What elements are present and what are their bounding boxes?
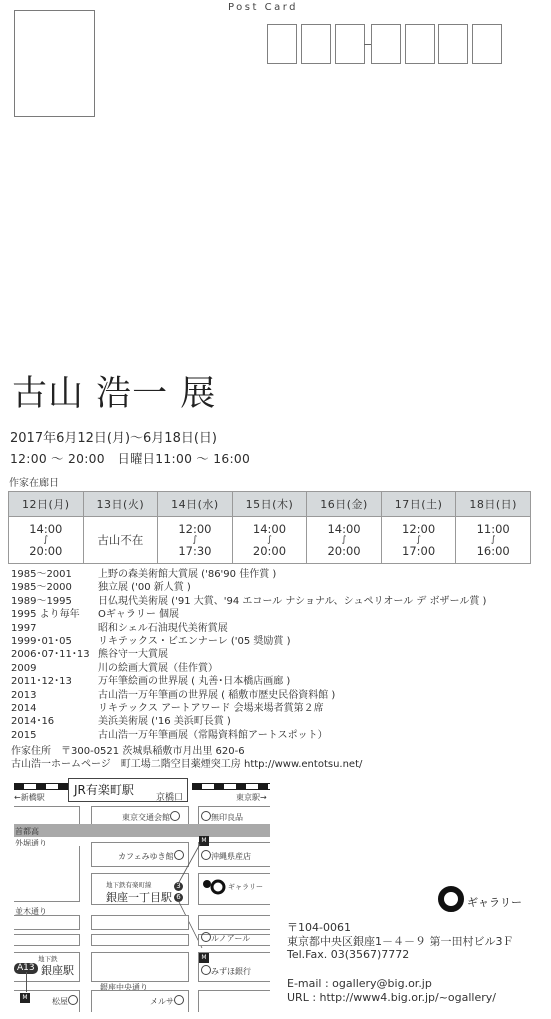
history-row: 1999･01･05リキテックス・ビエンナーレ ('05 奨励賞 ) [11, 635, 486, 648]
history-row: 1995 より毎年Oギャラリー 個展 [11, 608, 486, 621]
landmark-kotsu-kaikan: 東京交通会館 [122, 811, 180, 823]
map-block [91, 952, 189, 982]
gallery-url[interactable]: URL : http://www4.big.or.jp/~ogallery/ [287, 991, 496, 1005]
landmark-melsa: メルサ [150, 995, 184, 1007]
history-row: 2009川の絵画大賞展（佳作賞） [11, 662, 486, 675]
day-header: 14日(水) [158, 492, 233, 517]
day-cell: 14:00 ∫ 20:00 [9, 517, 84, 564]
route-line [26, 972, 27, 992]
zip-box [405, 24, 435, 64]
day-header: 18日(日) [456, 492, 531, 517]
expressway-label: 首都高 [15, 826, 39, 837]
gallery-zip: 〒104-0061 [287, 921, 514, 935]
jr-yurakucho-station: JR有楽町駅 [74, 781, 134, 798]
kyobashi-exit: 京橋口 [156, 790, 183, 803]
gallery-email[interactable]: E-mail : ogallery@big.or.jp [287, 977, 496, 991]
map-block [198, 990, 270, 1012]
landmark-circle-icon [68, 995, 78, 1005]
expressway-band [14, 824, 270, 837]
zip-box [371, 24, 401, 64]
artist-history: 1985～2001上野の森美術館大賞展 ('86'90 佳作賞 ) 1985～2… [11, 568, 486, 742]
landmark-circle-icon [201, 965, 211, 975]
railway-line [14, 783, 74, 790]
history-row: 2015古山浩一万年筆画展（常陽資料館アートスポット） [11, 729, 486, 742]
history-row: 1985～2001上野の森美術館大賞展 ('86'90 佳作賞 ) [11, 568, 486, 581]
day-cell: 14:00 ∫ 20:00 [232, 517, 307, 564]
subway-yurakucho-line: 地下鉄有楽町線 [106, 880, 152, 889]
day-cell: 11:00 ∫ 16:00 [456, 517, 531, 564]
day-header: 15日(木) [232, 492, 307, 517]
history-row: 1985～2000独立展 ('00 新人賞 ) [11, 581, 486, 594]
zip-box [438, 24, 468, 64]
gallery-map-logo: ギャラリー [202, 878, 266, 900]
zip-box [472, 24, 502, 64]
exhibition-title: 古山 浩一 展 [12, 366, 216, 416]
day-header: 12日(月) [9, 492, 84, 517]
ginza-itchome-station: 銀座一丁目駅 [106, 889, 172, 905]
day-cell: 12:00 ∫ 17:30 [158, 517, 233, 564]
zip-box [267, 24, 297, 64]
gallery-telfax: Tel.Fax. 03(3567)7772 [287, 948, 514, 962]
landmark-circle-icon [170, 811, 180, 821]
metro-icon: M [20, 993, 30, 1003]
map-block [14, 934, 80, 946]
map-block [91, 934, 189, 946]
day-header: 16日(金) [307, 492, 382, 517]
railway-line [192, 783, 270, 790]
map-block [91, 915, 189, 930]
gallery-address-block: 〒104-0061 東京都中央区銀座1－４－９ 第一田村ビル3Ｆ Tel.Fax… [287, 921, 514, 962]
to-shimbashi: ←新橋駅 [14, 792, 45, 803]
day-header: 17日(土) [381, 492, 456, 517]
landmark-circle-icon [201, 932, 211, 942]
day-cell: 古山不在 [83, 517, 158, 564]
day-cell: 12:00 ∫ 17:00 [381, 517, 456, 564]
gallery-web-block: E-mail : ogallery@big.or.jp URL : http:/… [287, 977, 496, 1004]
artist-homepage[interactable]: 古山浩一ホームページ 町工場二階空目薬煙突工房 http://www.entot… [11, 758, 362, 771]
landmark-mizuho: みずほ銀行 [201, 965, 251, 977]
history-row: 2014リキテックス アートアワード 会場来場者賞第２席 [11, 702, 486, 715]
history-row: 2013古山浩一万年筆画の世界展 ( 稲敷市歴史民俗資料館 ) [11, 689, 486, 702]
landmark-circle-icon [174, 995, 184, 1005]
postcard-label: Post Card [228, 2, 298, 13]
landmark-matsuya: 松屋 [52, 995, 78, 1007]
map-block [198, 915, 270, 930]
landmark-muji: 無印良品 [201, 811, 243, 823]
zip-box [301, 24, 331, 64]
history-row: 1997昭和シェル石油現代美術賞展 [11, 622, 486, 635]
history-row: 2014･16美浜美術展 ('16 美浜町長賞 ) [11, 715, 486, 728]
artist-address: 作家住所 〒300-0521 茨城県稲敷市月出里 620-6 [11, 745, 362, 758]
zip-box [335, 24, 365, 64]
day-header: 13日(火) [83, 492, 158, 517]
day-cell: 14:00 ∫ 20:00 [307, 517, 382, 564]
gallery-address: 東京都中央区銀座1－４－９ 第一田村ビル3Ｆ [287, 935, 514, 949]
ginza-station: 銀座駅 [41, 962, 74, 978]
table-header-row: 12日(月) 13日(火) 14日(水) 15日(木) 16日(金) 17日(土… [9, 492, 531, 517]
metro-icon: M [199, 953, 209, 963]
exhibition-hours: 12:00 ～ 20:00 日曜日11:00 ～ 16:00 [10, 449, 250, 467]
artist-contact: 作家住所 〒300-0521 茨城県稲敷市月出里 620-6 古山浩一ホームペー… [11, 745, 362, 772]
exhibition-dates: 2017年6月12日(月)～6月18日(日) [10, 427, 217, 446]
landmark-circle-icon [201, 811, 211, 821]
to-tokyo: 東京駅→ [236, 792, 267, 803]
gallery-o-logo-icon: ギャラリー [437, 884, 537, 916]
map-block [14, 846, 80, 902]
presence-schedule-table: 12日(月) 13日(火) 14日(水) 15日(木) 16日(金) 17日(土… [8, 491, 531, 564]
history-row: 1989～1995日仏現代美術展 ('91 大賞、'94 エコール ナショナル、… [11, 595, 486, 608]
access-map: JR有楽町駅 京橋口 ←新橋駅 東京駅→ 東京交通会館 無印良品 首都高 外堀通… [0, 776, 280, 1011]
stamp-area [14, 10, 95, 117]
table-row: 14:00 ∫ 20:00 古山不在 12:00 ∫ 17:30 14:00 ∫… [9, 517, 531, 564]
gallery-logo: ギャラリー [437, 884, 537, 920]
presence-label: 作家在廊日 [9, 474, 59, 489]
svg-text:ギャラリー: ギャラリー [467, 896, 522, 909]
map-block [14, 915, 80, 930]
history-row: 2011･12･13万年筆絵画の世界展 ( 丸善･日本橋店画廊 ) [11, 675, 486, 688]
history-row: 2006･07･11･13熊谷守一大賞展 [11, 648, 486, 661]
landmark-renoir: ルノアール [201, 932, 250, 944]
